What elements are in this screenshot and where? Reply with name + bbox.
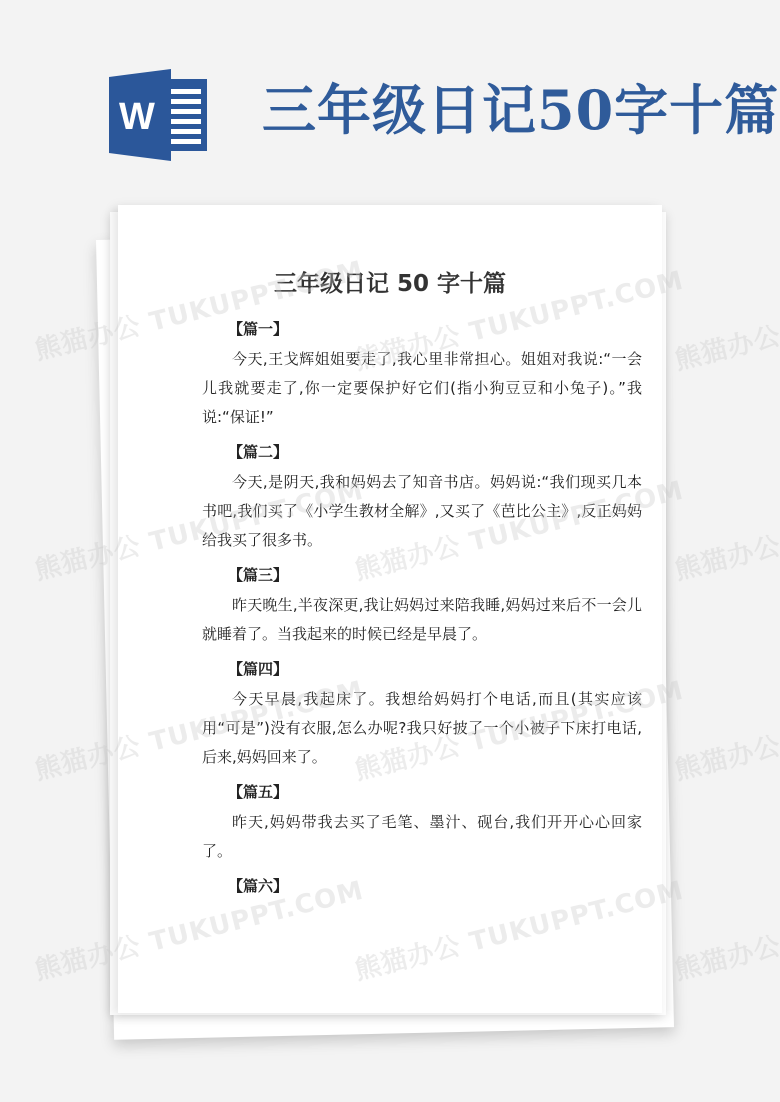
section-heading-1: 【篇一】 [228,315,642,343]
word-icon: W [109,69,209,161]
section-heading-3: 【篇三】 [228,561,642,589]
section-text-4: 今天早晨,我起床了。我想给妈妈打个电话,而且(其实应该用“可是”)没有衣服,怎么… [202,685,642,772]
header-title: 三年级日记50字十篇 [262,72,779,148]
watermark: 熊猫办公 TUKUPPT.COM [671,870,780,988]
section-heading-5: 【篇五】 [228,778,642,806]
svg-text:W: W [119,96,155,138]
section-heading-2: 【篇二】 [228,438,642,466]
watermark: 熊猫办公 TUKUPPT.COM [671,670,780,788]
document-page: 三年级日记 50 字十篇 【篇一】 今天,王戈辉姐姐要走了,我心里非常担心。姐姐… [118,205,662,1013]
section-text-3: 昨天晚生,半夜深更,我让妈妈过来陪我睡,妈妈过来后不一会儿就睡着了。当我起来的时… [202,591,642,649]
section-heading-6: 【篇六】 [228,872,642,900]
document-body: 【篇一】 今天,王戈辉姐姐要走了,我心里非常担心。姐姐对我说:“一会儿我就要走了… [202,315,642,900]
section-heading-4: 【篇四】 [228,655,642,683]
document-title: 三年级日记 50 字十篇 [118,265,662,298]
section-text-1: 今天,王戈辉姐姐要走了,我心里非常担心。姐姐对我说:“一会儿我就要走了,你一定要… [202,345,642,432]
watermark: 熊猫办公 TUKUPPT.COM [671,260,780,378]
section-text-5: 昨天,妈妈带我去买了毛笔、墨汁、砚台,我们开开心心回家了。 [202,808,642,866]
preview-header: W 三年级日记50字十篇 [0,0,780,190]
watermark: 熊猫办公 TUKUPPT.COM [671,470,780,588]
section-text-2: 今天,是阴天,我和妈妈去了知音书店。妈妈说:“我们现买几本书吧,我们买了《小学生… [202,468,642,555]
